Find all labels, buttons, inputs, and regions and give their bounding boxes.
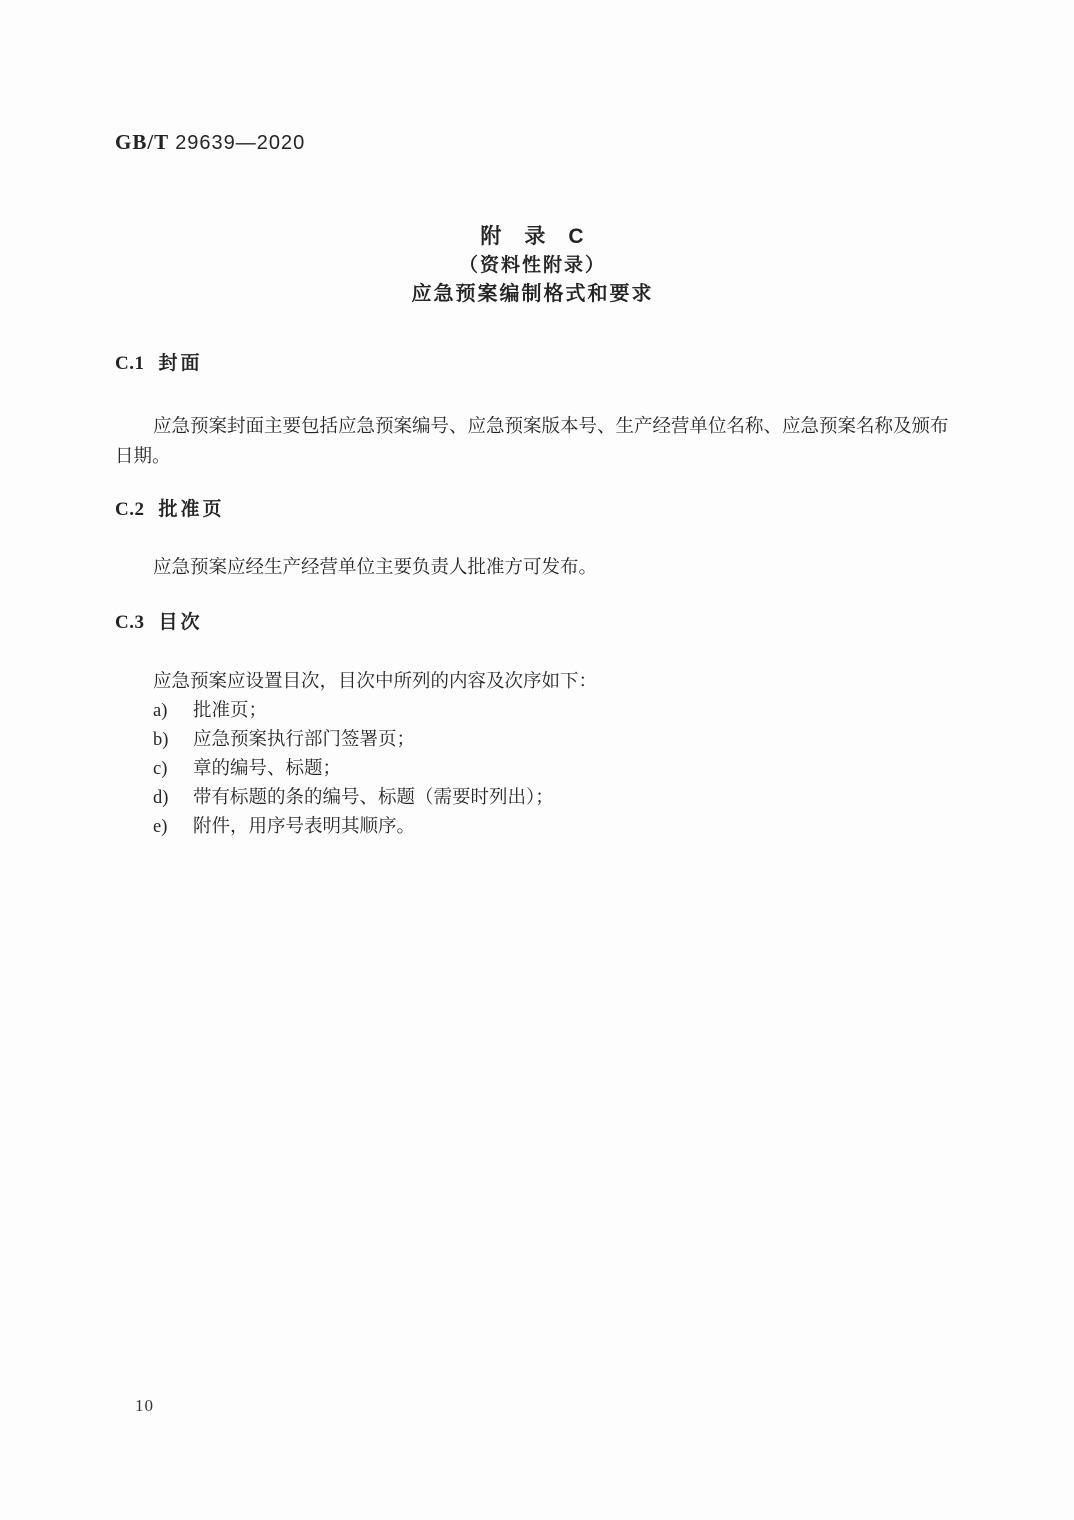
list-item: e) 附件，用序号表明其顺序。: [153, 813, 950, 842]
list-item-text: 批准页；: [193, 697, 950, 726]
section-c1-paragraph: 应急预案封面主要包括应急预案编号、应急预案版本号、生产经营单位名称、应急预案名称…: [115, 412, 950, 472]
list-item-text: 应急预案执行部门签署页；: [193, 726, 950, 755]
running-head: GB/T29639—2020: [115, 0, 950, 156]
list-item: b) 应急预案执行部门签署页；: [153, 726, 950, 755]
standard-code-number: 29639—2020: [175, 132, 305, 154]
section-c1-number: C.1: [115, 353, 144, 374]
section-c2-title: 批准页: [158, 499, 224, 520]
list-item-marker: d): [153, 784, 193, 813]
page-number: 10: [135, 1396, 154, 1416]
section-c3-heading: C.3目次: [115, 612, 950, 634]
section-c1: C.1封面 应急预案封面主要包括应急预案编号、应急预案版本号、生产经营单位名称、…: [115, 353, 950, 472]
list-item: a) 批准页；: [153, 697, 950, 726]
section-c3: C.3目次 应急预案应设置目次，目次中所列的内容及次序如下： a) 批准页； b…: [115, 612, 950, 842]
list-item-text: 附件，用序号表明其顺序。: [193, 813, 950, 842]
document-page: GB/T29639—2020 附 录 C （资料性附录） 应急预案编制格式和要求…: [0, 0, 1074, 1520]
section-c3-number: C.3: [115, 612, 144, 633]
section-c2-number: C.2: [115, 499, 144, 520]
text-column: GB/T29639—2020 附 录 C （资料性附录） 应急预案编制格式和要求…: [115, 0, 950, 842]
appendix-type-note: （资料性附录）: [115, 251, 950, 280]
list-item: c) 章的编号、标题；: [153, 755, 950, 784]
list-item-text: 章的编号、标题；: [193, 755, 950, 784]
appendix-label: 附 录 C: [115, 222, 950, 251]
section-c2-heading: C.2批准页: [115, 499, 950, 521]
section-c1-title: 封面: [158, 353, 202, 374]
list-item-text: 带有标题的条的编号、标题（需要时列出）；: [193, 784, 950, 813]
list-item-marker: c): [153, 755, 193, 784]
section-c3-title: 目次: [158, 612, 202, 633]
appendix-name: 应急预案编制格式和要求: [115, 280, 950, 309]
toc-item-list: a) 批准页； b) 应急预案执行部门签署页； c) 章的编号、标题； d) 带…: [115, 697, 950, 842]
section-c2: C.2批准页 应急预案应经生产经营单位主要负责人批准方可发布。: [115, 499, 950, 583]
list-item-marker: e): [153, 813, 193, 842]
list-item-marker: b): [153, 726, 193, 755]
list-item-marker: a): [153, 697, 193, 726]
standard-code-prefix: GB/T: [115, 130, 169, 154]
appendix-title-block: 附 录 C （资料性附录） 应急预案编制格式和要求: [115, 222, 950, 309]
section-c2-paragraph: 应急预案应经生产经营单位主要负责人批准方可发布。: [115, 554, 950, 583]
list-item: d) 带有标题的条的编号、标题（需要时列出）；: [153, 784, 950, 813]
section-c1-heading: C.1封面: [115, 353, 950, 375]
section-c3-intro: 应急预案应设置目次，目次中所列的内容及次序如下：: [115, 668, 950, 697]
